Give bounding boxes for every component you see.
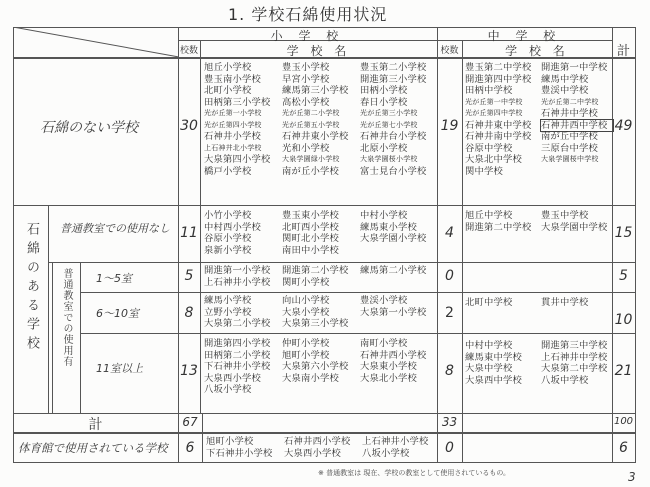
school-name: 北町中学校 xyxy=(465,297,541,309)
school-name: 泉新小学校 xyxy=(204,245,282,257)
school-name: 開進第三小学校 xyxy=(360,74,438,86)
row-label-rooms-6-10: 6～10室 xyxy=(96,305,139,321)
elem-school-list-rooms-1-5: 開進第一小学校開進第二小学校練馬第二小学校上石神井小学校関町小学校 xyxy=(204,265,438,288)
elem-school-list-rooms-11-plus: 開進第四小学校仲町小学校南町小学校田柄第二小学校旭町小学校石神井西小学校下石神井… xyxy=(204,338,438,396)
school-name: 豊玉第二小学校 xyxy=(360,62,438,74)
school-name: 光が丘第一中学校 xyxy=(465,97,541,109)
elem-school-list-rooms-6-10: 練馬小学校向山小学校豊渓小学校立野小学校大泉小学校大泉第一小学校大泉第二小学校大… xyxy=(204,295,438,330)
jr-school-list-no-asbestos: 豊玉第二中学校開進第一中学校開進第四中学校練馬中学校田柄中学校豊渓中学校光が丘第… xyxy=(465,62,613,177)
school-name: 上石神井中学校 xyxy=(541,352,613,364)
elem-count-rooms-1-5: 5 xyxy=(178,268,200,284)
group-label-with-asbestos: 石綿のある学校 xyxy=(22,222,41,355)
row-divider xyxy=(80,333,635,334)
row-divider xyxy=(13,205,635,206)
school-name: 富士見台小学校 xyxy=(360,166,438,178)
school-name: 仲町小学校 xyxy=(282,338,360,350)
school-name: 大泉北中学校 xyxy=(465,154,541,166)
school-name: 練馬東小学校 xyxy=(360,222,438,234)
school-name: 旭丘小学校 xyxy=(204,62,282,74)
school-name: 大泉第六小学校 xyxy=(282,361,360,373)
row-label-no-asbestos: 石綿のない学校 xyxy=(40,117,138,137)
school-name: 田柄第三小学校 xyxy=(204,97,282,109)
school-name: 石神井中学校 xyxy=(541,108,613,120)
school-name: 南町小学校 xyxy=(360,338,438,350)
school-name: 石神井東小学校 xyxy=(282,131,360,143)
school-name: 開進第三中学校 xyxy=(541,340,613,352)
elem-count-rooms-11-plus: 13 xyxy=(178,363,200,379)
school-name: 光が丘第一小学校 xyxy=(204,108,282,120)
school-name: 上石神井小学校 xyxy=(362,436,440,448)
col-divider xyxy=(80,262,81,413)
school-name: 練馬東中学校 xyxy=(465,352,541,364)
school-name: 大泉西小学校 xyxy=(204,373,282,385)
total-rooms-6-10: 10 xyxy=(612,312,635,328)
school-name: 豊玉中学校 xyxy=(541,210,613,222)
school-name: 開進第一小学校 xyxy=(204,265,282,277)
school-name: 豊渓中学校 xyxy=(541,85,613,97)
school-name: 北町西小学校 xyxy=(282,222,360,234)
elem-count-sum: 67 xyxy=(178,415,202,429)
school-name: 八坂中学校 xyxy=(541,375,613,387)
header-jr-count: 校数 xyxy=(437,43,462,56)
footnote: ※ 普通教室は 現在、学校の教室として使用されているもの。 xyxy=(318,468,510,478)
school-name: 石神井台小学校 xyxy=(360,131,438,143)
school-name: 開進第二中学校 xyxy=(465,222,541,234)
school-name: 開進第四小学校 xyxy=(204,338,282,350)
school-name: 旭町小学校 xyxy=(206,436,284,448)
school-name: 大泉学園中学校 xyxy=(541,222,613,234)
school-name: 大泉南小学校 xyxy=(282,373,360,385)
school-name: 大泉第四小学校 xyxy=(204,154,282,166)
school-name: 大泉小学校 xyxy=(282,307,360,319)
corner-diagonal xyxy=(13,27,179,58)
school-name: 向山小学校 xyxy=(282,295,360,307)
school-name: 南が丘中学校 xyxy=(541,131,613,143)
jr-count-gym: 0 xyxy=(437,440,462,456)
row-label-no-classroom-use: 普通教室での使用なし xyxy=(60,220,170,236)
school-name: 中村小学校 xyxy=(360,210,438,222)
school-name: 田柄第二小学校 xyxy=(204,350,282,362)
jr-count-no-asbestos: 19 xyxy=(437,118,462,134)
school-name: 南田中小学校 xyxy=(282,245,360,257)
header-elem-school-name: 学 校 名 xyxy=(200,42,437,59)
school-name: 大泉第三小学校 xyxy=(282,318,360,330)
school-name xyxy=(360,277,438,289)
col-divider xyxy=(52,262,53,413)
jr-count-rooms-6-10: 2 xyxy=(437,305,462,321)
school-name: 貫井中学校 xyxy=(541,297,613,309)
school-name: 南が丘小学校 xyxy=(282,166,360,178)
school-name: 大泉東小学校 xyxy=(360,361,438,373)
total-rooms-1-5: 5 xyxy=(612,268,635,284)
school-name: 田柄小学校 xyxy=(360,85,438,97)
school-name: 豊玉第二中学校 xyxy=(465,62,541,74)
school-name: 石神井東中学校 xyxy=(465,120,541,132)
school-name: 光が丘第五小学校 xyxy=(282,120,360,132)
school-name: 石神井南中学校 xyxy=(465,131,541,143)
school-name: 谷原中学校 xyxy=(465,143,541,155)
school-name: 光が丘第四中学校 xyxy=(465,108,541,120)
school-name: 石神井西小学校 xyxy=(360,350,438,362)
school-name: 下石神井小学校 xyxy=(204,361,282,373)
table-border-bottom xyxy=(13,462,635,463)
document-title: 1. 学校石綿使用状況 xyxy=(228,2,387,25)
school-name: 練馬第三小学校 xyxy=(282,85,360,97)
total-sum: 100 xyxy=(612,416,635,427)
school-name: 大泉学園緑小学校 xyxy=(282,154,360,166)
school-name: 練馬小学校 xyxy=(204,295,282,307)
col-divider xyxy=(202,413,203,462)
school-name: 橋戸小学校 xyxy=(204,166,282,178)
school-name xyxy=(360,245,438,257)
school-name: 光和小学校 xyxy=(282,143,360,155)
elem-count-gym: 6 xyxy=(178,440,202,456)
school-name: 八坂小学校 xyxy=(362,448,440,460)
school-name: 中村中学校 xyxy=(465,340,541,352)
jr-count-rooms-11-plus: 8 xyxy=(437,363,462,379)
total-no-asbestos: 49 xyxy=(612,118,635,134)
elem-school-list-no-classroom-use: 小竹小学校豊玉東小学校中村小学校中村西小学校北町西小学校練馬東小学校谷原小学校関… xyxy=(204,210,438,256)
school-name xyxy=(360,318,438,330)
total-rooms-11-plus: 21 xyxy=(612,363,635,379)
table-border-left xyxy=(13,27,14,463)
school-name xyxy=(360,384,438,396)
school-name: 小竹小学校 xyxy=(204,210,282,222)
header-elem-count: 校数 xyxy=(178,43,200,56)
school-name: 下石神井小学校 xyxy=(206,448,284,460)
col-divider xyxy=(48,205,49,413)
row-label-gym: 体育館で使用されている学校 xyxy=(18,440,168,456)
jr-school-list-no-classroom-use: 旭丘中学校豊玉中学校開進第二中学校大泉学園中学校 xyxy=(465,210,613,233)
school-name: 大泉中学校 xyxy=(465,363,541,375)
col-divider xyxy=(462,40,463,463)
school-name: 北原小学校 xyxy=(360,143,438,155)
group-label-classroom-use: 普通教室での使用有 xyxy=(57,268,75,367)
school-name: 早宮小学校 xyxy=(282,74,360,86)
school-name: 豊玉小学校 xyxy=(282,62,360,74)
school-name: 高松小学校 xyxy=(282,97,360,109)
school-name: 春日小学校 xyxy=(360,97,438,109)
school-name: 開進第四中学校 xyxy=(465,74,541,86)
school-name: 八坂小学校 xyxy=(204,384,282,396)
row-label-rooms-11-plus: 11室以上 xyxy=(96,360,143,376)
school-name: 立野小学校 xyxy=(204,307,282,319)
school-name: 関町北小学校 xyxy=(282,233,360,245)
jr-school-list-rooms-6-10: 北町中学校貫井中学校 xyxy=(465,297,613,309)
page-number: 3 xyxy=(628,470,636,484)
col-divider xyxy=(178,27,179,463)
school-name: 上石神井小学校 xyxy=(204,277,282,289)
school-name: 大泉学園桜中学校 xyxy=(541,154,613,166)
school-name: 関町小学校 xyxy=(282,277,360,289)
jr-count-rooms-1-5: 0 xyxy=(437,268,462,284)
elem-school-list-gym: 旭町小学校石神井西小学校上石神井小学校下石神井小学校大泉西小学校八坂小学校 xyxy=(206,436,440,459)
school-name: 開進第二小学校 xyxy=(282,265,360,277)
school-name: 練馬第二小学校 xyxy=(360,265,438,277)
school-name: 谷原小学校 xyxy=(204,233,282,245)
elem-count-no-asbestos: 30 xyxy=(178,118,200,134)
school-name: 石神井小学校 xyxy=(204,131,282,143)
school-name: 大泉第一小学校 xyxy=(360,307,438,319)
school-name: 豊渓小学校 xyxy=(360,295,438,307)
jr-count-no-classroom-use: 4 xyxy=(437,225,462,241)
school-name: 豊玉南小学校 xyxy=(204,74,282,86)
school-name xyxy=(282,384,360,396)
school-name: 旭丘中学校 xyxy=(465,210,541,222)
row-label-rooms-1-5: 1～5室 xyxy=(96,270,132,286)
school-name: 大泉第二小学校 xyxy=(204,318,282,330)
row-label-sum: 計 xyxy=(13,414,178,434)
col-divider xyxy=(200,40,201,413)
row-divider xyxy=(48,262,635,263)
school-name: 三原台中学校 xyxy=(541,143,613,155)
total-gym: 6 xyxy=(612,440,635,456)
header-total: 計 xyxy=(612,40,635,59)
jr-school-list-rooms-11-plus: 中村中学校開進第三中学校練馬東中学校上石神井中学校大泉中学校大泉第二中学校大泉西… xyxy=(465,340,613,386)
school-name: 北町小学校 xyxy=(204,85,282,97)
school-name: 大泉学園小学校 xyxy=(360,233,438,245)
school-name: 石神井西中学校 xyxy=(541,120,613,132)
elem-count-rooms-6-10: 8 xyxy=(178,305,200,321)
total-no-classroom-use: 15 xyxy=(612,225,635,241)
school-name: 中村西小学校 xyxy=(204,222,282,234)
school-name: 石神井西小学校 xyxy=(284,436,362,448)
school-name: 開進第一中学校 xyxy=(541,62,613,74)
school-name: 光が丘第三小学校 xyxy=(360,108,438,120)
school-name: 大泉北小学校 xyxy=(360,373,438,385)
school-name: 田柄中学校 xyxy=(465,85,541,97)
table-border-right xyxy=(635,27,636,463)
jr-count-sum: 33 xyxy=(437,415,462,429)
school-name: 大泉西小学校 xyxy=(284,448,362,460)
school-name: 光が丘第二中学校 xyxy=(541,97,613,109)
school-name: 練馬中学校 xyxy=(541,74,613,86)
school-name: 豊玉東小学校 xyxy=(282,210,360,222)
elem-count-no-classroom-use: 11 xyxy=(178,225,200,241)
school-name: 光が丘第四小学校 xyxy=(204,120,282,132)
school-name: 上石神井北小学校 xyxy=(204,143,282,155)
school-name: 光が丘第七小学校 xyxy=(360,120,438,132)
elem-school-list-no-asbestos: 旭丘小学校豊玉小学校豊玉第二小学校豊玉南小学校早宮小学校開進第三小学校北町小学校… xyxy=(204,62,438,177)
header-jr-school-name: 学 校 名 xyxy=(462,42,612,59)
school-name: 大泉第二中学校 xyxy=(541,363,613,375)
row-divider xyxy=(80,292,635,293)
school-name: 旭町小学校 xyxy=(282,350,360,362)
school-name: 大泉学園桜小学校 xyxy=(360,154,438,166)
school-name: 大泉西中学校 xyxy=(465,375,541,387)
school-name: 関中学校 xyxy=(465,166,541,178)
school-name: 光が丘第二小学校 xyxy=(282,108,360,120)
